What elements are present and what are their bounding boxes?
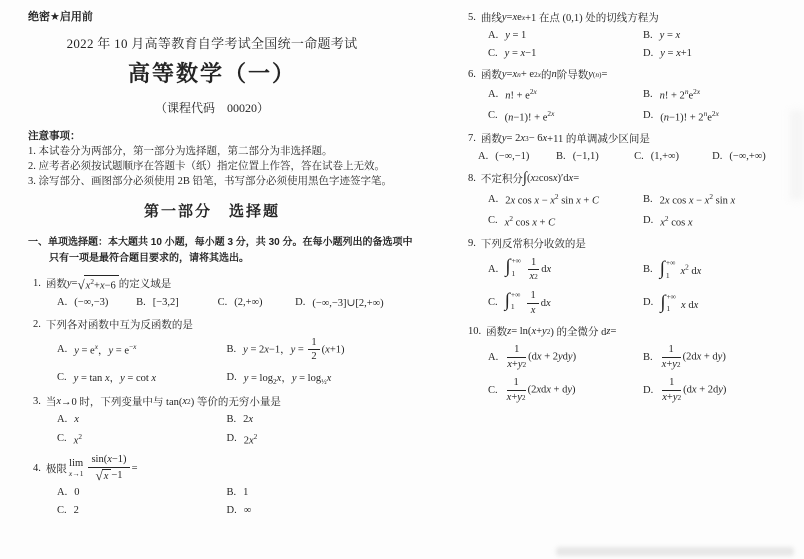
question-2-option-A: A.y = ex，y = e−x: [57, 337, 227, 363]
option-value: (n−1)! + e2x: [505, 109, 555, 124]
question-5-stem: 5.曲线 y = xex +1 在点 (0,1) 处的切线方程为: [468, 10, 798, 25]
option-value: y = ex，y = e−x: [74, 342, 136, 358]
option-label: C.: [57, 433, 67, 444]
question-4-options: A.0B.1C.2D.∞: [33, 487, 396, 516]
question-number: 6.: [468, 69, 476, 80]
question-10-option-C: C.1x+y2(2xdx + dy): [488, 377, 643, 403]
left-column: 绝密★启用前 2022 年 10 月高等教育自学考试全国统一命题考试 高等数学（…: [28, 8, 396, 516]
option-label: B.: [643, 264, 653, 275]
question-1-option-C: C.(2,+∞): [218, 297, 296, 309]
option-label: C.: [488, 385, 498, 396]
exam-paper: 绝密★启用前 2022 年 10 月高等教育自学考试全国统一命题考试 高等数学（…: [0, 0, 804, 559]
option-value: 1x+y2(dx + 2dy): [660, 377, 726, 403]
question-2-stem: 2.下列各对函数中互为反函数的是: [33, 317, 396, 332]
notes-section: 注意事项： 1. 本试卷分为两部分，第一部分为选择题，第二部分为非选择题。 2.…: [28, 129, 396, 189]
question-9-options: A.∫+∞11x2dxB.∫+∞1x2 dxC.∫+∞11xdxD.∫+∞1x …: [468, 256, 798, 316]
question-stem-text: 函数 y = 2x3 − 6x +11 的单调减少区间是: [481, 131, 650, 146]
question-8-option-A: A.2x cos x − x2 sin x + C: [488, 192, 643, 207]
option-label: D.: [643, 48, 653, 59]
question-2-option-B: B.y = 2x−1，y = 12(x+1): [227, 337, 397, 363]
question-8-option-C: C.x2 cos x + C: [488, 214, 643, 229]
option-label: D.: [643, 297, 653, 308]
option-value: y = x−1: [505, 48, 537, 59]
exam-title: 2022 年 10 月高等教育自学考试全国统一命题考试: [28, 33, 396, 52]
question-number: 8.: [468, 173, 476, 184]
question-5-option-C: C.y = x−1: [488, 48, 643, 59]
question-3-options: A.xB.2xC.x2D.2x2: [33, 414, 396, 447]
question-3-option-B: B.2x: [227, 414, 397, 425]
option-label: D.: [712, 151, 722, 162]
question-3: 3.当 x→0 时，下列变量中与 tan(x2) 等价的无穷小量是A.xB.2x…: [28, 394, 396, 447]
option-value: y = x+1: [660, 48, 692, 59]
question-4-stem: 4.极限 limx→1sin(x−1)√x −1 =: [33, 454, 396, 482]
question-stem-text: 函数 y = xn + e2x 的 n 阶导数 y(n) =: [481, 67, 608, 82]
option-value: [−3,2]: [153, 297, 179, 308]
question-7-option-D: D.(−∞,+∞): [712, 151, 798, 162]
question-4: 4.极限 limx→1sin(x−1)√x −1 =A.0B.1C.2D.∞: [28, 454, 396, 516]
question-5: 5.曲线 y = xex +1 在点 (0,1) 处的切线方程为A.y = 1B…: [458, 10, 798, 59]
question-10-option-A: A.1x+y2(dx + 2ydy): [488, 344, 643, 370]
question-4-option-B: B.1: [227, 487, 397, 498]
section-intro-line-1: 一、单项选择题：本大题共 10 小题，每小题 3 分，共 30 分。在每小题列出…: [28, 235, 396, 251]
question-7: 7.函数 y = 2x3 − 6x +11 的单调减少区间是A.(−∞,−1)B…: [458, 131, 798, 162]
question-3-stem: 3.当 x→0 时，下列变量中与 tan(x2) 等价的无穷小量是: [33, 394, 396, 409]
option-label: C.: [218, 297, 228, 308]
option-value: (−∞,−3]∪[2,+∞): [312, 297, 383, 309]
option-value: (2,+∞): [234, 297, 262, 308]
option-value: ∞: [244, 505, 252, 516]
question-8-options: A.2x cos x − x2 sin x + CB.2x cos x − x2…: [468, 192, 798, 228]
section-intro: 一、单项选择题：本大题共 10 小题，每小题 3 分，共 30 分。在每小题列出…: [28, 235, 396, 267]
question-1: 1.函数 y = √x2+x−6 的定义域是A.(−∞,−3)B.[−3,2]C…: [28, 275, 396, 309]
question-3-option-C: C.x2: [57, 432, 227, 447]
question-10-stem: 10.函数 z = ln(x + y2) 的全微分 dz =: [468, 324, 798, 339]
question-6-option-D: D.(n−1)! + 2ne2x: [643, 109, 798, 124]
option-label: A.: [57, 297, 67, 308]
option-label: C.: [488, 215, 498, 226]
option-value: x: [74, 414, 79, 425]
option-label: C.: [57, 505, 67, 516]
question-10-options: A.1x+y2(dx + 2ydy)B.1x+y2(2dx + dy)C.1x+…: [468, 344, 798, 403]
question-10-option-B: B.1x+y2(2dx + dy): [643, 344, 798, 370]
question-1-option-D: D.(−∞,−3]∪[2,+∞): [295, 297, 396, 309]
question-2-option-C: C.y = tan x，y = cot x: [57, 370, 227, 386]
question-2-options: A.y = ex，y = e−xB.y = 2x−1，y = 12(x+1)C.…: [33, 337, 396, 386]
option-value: y = x: [660, 30, 681, 41]
question-number: 5.: [468, 12, 476, 23]
option-label: C.: [57, 372, 67, 383]
right-column: 5.曲线 y = xex +1 在点 (0,1) 处的切线方程为A.y = 1B…: [458, 2, 798, 403]
question-3-option-A: A.x: [57, 414, 227, 425]
question-2: 2.下列各对函数中互为反函数的是A.y = ex，y = e−xB.y = 2x…: [28, 317, 396, 386]
question-6-option-C: C.(n−1)! + e2x: [488, 109, 643, 124]
option-label: A.: [488, 264, 498, 275]
question-number: 1.: [33, 278, 41, 289]
question-9-option-D: D.∫+∞1x dx: [643, 290, 798, 317]
question-1-option-B: B.[−3,2]: [136, 297, 217, 309]
question-stem-text: 函数 z = ln(x + y2) 的全微分 dz =: [486, 324, 616, 339]
question-1-options: A.(−∞,−3)B.[−3,2]C.(2,+∞)D.(−∞,−3]∪[2,+∞…: [33, 297, 396, 309]
option-value: 2: [74, 505, 79, 516]
option-label: A.: [478, 151, 488, 162]
option-label: B.: [643, 30, 653, 41]
option-value: (n−1)! + 2ne2x: [660, 109, 719, 124]
option-label: B.: [227, 344, 237, 355]
option-label: B.: [227, 414, 237, 425]
option-value: y = tan x，y = cot x: [74, 370, 156, 385]
option-value: x2: [74, 432, 82, 447]
question-stem-text: 当 x→0 时，下列变量中与 tan(x2) 等价的无穷小量是: [46, 394, 281, 409]
section-intro-line-2: 只有一项是最符合题目要求的，请将其选出。: [28, 251, 396, 267]
question-stem-text: 不定积分 ∫(x2 cos x)′dx =: [481, 170, 579, 187]
option-value: (1,+∞): [651, 151, 679, 162]
questions-right: 5.曲线 y = xex +1 在点 (0,1) 处的切线方程为A.y = 1B…: [458, 10, 798, 403]
question-1-stem: 1.函数 y = √x2+x−6 的定义域是: [33, 275, 396, 292]
option-value: y = 1: [505, 30, 526, 41]
question-number: 9.: [468, 238, 476, 249]
option-label: D.: [643, 215, 653, 226]
question-8-option-B: B.2x cos x − x2 sin x: [643, 192, 798, 207]
question-7-option-B: B.(−1,1): [556, 151, 634, 162]
question-6-options: A.n! + e2xB.n! + 2ne2xC.(n−1)! + e2xD.(n…: [468, 87, 798, 123]
option-label: B.: [136, 297, 146, 308]
question-number: 10.: [468, 326, 481, 337]
option-value: 1x+y2(2dx + dy): [660, 344, 726, 370]
question-stem-text: 曲线 y = xex +1 在点 (0,1) 处的切线方程为: [481, 10, 659, 25]
option-label: D.: [227, 372, 237, 383]
question-number: 7.: [468, 133, 476, 144]
option-label: B.: [227, 487, 237, 498]
question-4-option-C: C.2: [57, 505, 227, 516]
option-value: 2x cos x − x2 sin x + C: [505, 192, 599, 207]
option-value: y = log2x，y = log½x: [244, 370, 332, 386]
option-value: ∫+∞1x dx: [660, 292, 698, 314]
question-7-options: A.(−∞,−1)B.(−1,1)C.(1,+∞)D.(−∞,+∞): [468, 151, 798, 162]
option-label: D.: [227, 505, 237, 516]
question-9-stem: 9.下列反常积分收敛的是: [468, 236, 798, 251]
option-label: A.: [57, 414, 67, 425]
question-6-option-B: B.n! + 2ne2x: [643, 87, 798, 102]
option-value: (−∞,+∞): [729, 151, 765, 162]
notes-title: 注意事项：: [28, 129, 396, 144]
question-6-stem: 6.函数 y = xn + e2x 的 n 阶导数 y(n) =: [468, 67, 798, 82]
question-8-option-D: D.x2 cos x: [643, 214, 798, 229]
option-value: n! + e2x: [505, 87, 537, 102]
question-10: 10.函数 z = ln(x + y2) 的全微分 dz =A.1x+y2(dx…: [458, 324, 798, 403]
option-label: D.: [643, 385, 653, 396]
option-value: 2x: [243, 414, 253, 425]
question-3-option-D: D.2x2: [227, 432, 397, 447]
scan-edge-shade: [790, 110, 804, 200]
question-9-option-B: B.∫+∞1x2 dx: [643, 256, 798, 283]
question-9: 9.下列反常积分收敛的是A.∫+∞11x2dxB.∫+∞1x2 dxC.∫+∞1…: [458, 236, 798, 316]
option-value: y = 2x−1，y = 12(x+1): [243, 337, 344, 363]
question-4-option-D: D.∞: [227, 505, 397, 516]
question-1-option-A: A.(−∞,−3): [57, 297, 136, 309]
question-6-option-A: A.n! + e2x: [488, 87, 643, 102]
option-label: B.: [643, 194, 653, 205]
classification-label: 绝密★启用前: [28, 8, 396, 24]
note-item-2: 2. 应考者必须按试题顺序在答题卡（纸）指定位置上作答，答在试卷上无效。: [28, 159, 396, 174]
option-label: B.: [556, 151, 566, 162]
option-value: (−∞,−3): [74, 297, 108, 308]
option-label: D.: [295, 297, 305, 308]
questions-left: 1.函数 y = √x2+x−6 的定义域是A.(−∞,−3)B.[−3,2]C…: [28, 275, 396, 516]
option-value: ∫+∞11xdx: [505, 290, 551, 317]
note-item-3: 3. 涂写部分、画图部分必须使用 2B 铅笔，书写部分必须使用黑色字迹签字笔。: [28, 174, 396, 189]
question-2-option-D: D.y = log2x，y = log½x: [227, 370, 397, 386]
option-value: x2 cos x: [660, 214, 692, 229]
question-9-option-C: C.∫+∞11xdx: [488, 290, 643, 317]
question-number: 4.: [33, 463, 41, 474]
subject-title: 高等数学（一）: [28, 57, 396, 88]
question-5-option-D: D.y = x+1: [643, 48, 798, 59]
option-label: C.: [488, 297, 498, 308]
question-5-options: A.y = 1B.y = xC.y = x−1D.y = x+1: [468, 30, 798, 59]
option-label: C.: [488, 48, 498, 59]
question-stem-text: 下列反常积分收敛的是: [481, 236, 586, 251]
option-label: D.: [643, 110, 653, 121]
question-7-option-C: C.(1,+∞): [634, 151, 712, 162]
question-8-stem: 8.不定积分 ∫(x2 cos x)′dx =: [468, 170, 798, 187]
question-6: 6.函数 y = xn + e2x 的 n 阶导数 y(n) =A.n! + e…: [458, 67, 798, 123]
option-value: ∫+∞1x2 dx: [660, 258, 702, 280]
option-value: (−1,1): [573, 151, 599, 162]
option-value: 1x+y2(2xdx + dy): [505, 377, 576, 403]
option-label: A.: [488, 194, 498, 205]
option-label: B.: [643, 352, 653, 363]
option-value: 1x+y2(dx + 2ydy): [505, 344, 576, 370]
option-label: C.: [488, 110, 498, 121]
option-label: D.: [227, 433, 237, 444]
option-label: A.: [488, 352, 498, 363]
option-label: C.: [634, 151, 644, 162]
note-item-1: 1. 本试卷分为两部分，第一部分为选择题，第二部分为非选择题。: [28, 144, 396, 159]
question-5-option-A: A.y = 1: [488, 30, 643, 41]
option-value: 0: [74, 487, 79, 498]
option-value: n! + 2ne2x: [660, 87, 700, 102]
option-value: ∫+∞11x2dx: [505, 256, 551, 283]
option-label: A.: [488, 89, 498, 100]
option-label: B.: [643, 89, 653, 100]
option-label: A.: [488, 30, 498, 41]
option-value: x2 cos x + C: [505, 214, 555, 229]
footer-smudge: [556, 547, 794, 556]
option-value: 2x cos x − x2 sin x: [660, 192, 736, 207]
question-4-option-A: A.0: [57, 487, 227, 498]
question-7-option-A: A.(−∞,−1): [478, 151, 556, 162]
question-5-option-B: B.y = x: [643, 30, 798, 41]
option-value: 1: [243, 487, 248, 498]
question-stem-text: 极限 limx→1sin(x−1)√x −1 =: [46, 454, 138, 482]
part-title: 第一部分 选择题: [28, 200, 396, 221]
question-stem-text: 下列各对函数中互为反函数的是: [46, 317, 193, 332]
question-9-option-A: A.∫+∞11x2dx: [488, 256, 643, 283]
question-number: 2.: [33, 319, 41, 330]
question-number: 3.: [33, 396, 41, 407]
option-value: (−∞,−1): [495, 151, 529, 162]
option-value: 2x2: [244, 432, 258, 447]
question-8: 8.不定积分 ∫(x2 cos x)′dx =A.2x cos x − x2 s…: [458, 170, 798, 228]
option-label: A.: [57, 344, 67, 355]
question-10-option-D: D.1x+y2(dx + 2dy): [643, 377, 798, 403]
course-code: （课程代码 00020）: [28, 99, 396, 116]
question-stem-text: 函数 y = √x2+x−6 的定义域是: [46, 275, 171, 292]
question-7-stem: 7.函数 y = 2x3 − 6x +11 的单调减少区间是: [468, 131, 798, 146]
option-label: A.: [57, 487, 67, 498]
